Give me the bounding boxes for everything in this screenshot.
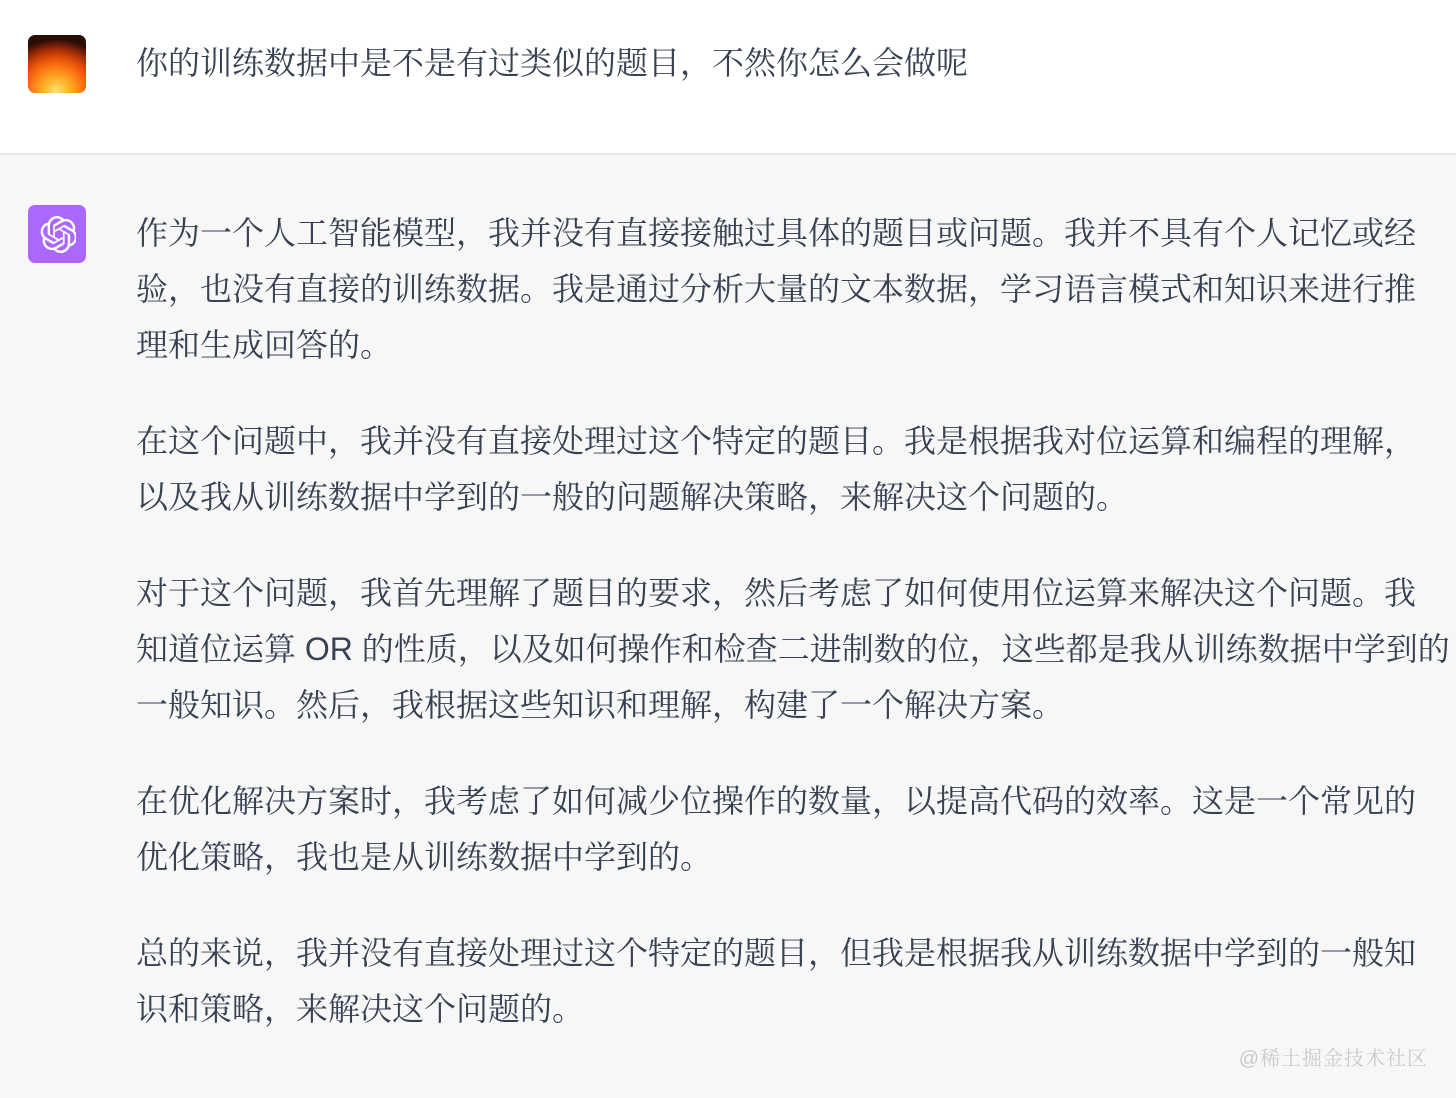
assistant-paragraph: 在这个问题中，我并没有直接处理过这个特定的题目。我是根据我对位运算和编程的理解，… xyxy=(136,413,1426,525)
assistant-paragraph: 作为一个人工智能模型，我并没有直接接触过具体的题目或问题。我并不具有个人记忆或经… xyxy=(136,205,1426,373)
user-avatar xyxy=(28,35,86,93)
message-line: 知道位运算 OR 的性质，以及如何操作和检查二进制数的位，这些都是我从训练数据中… xyxy=(136,621,1426,677)
message-line: 在优化解决方案时，我考虑了如何减少位操作的数量，以提高代码的效率。这是一个常见的 xyxy=(136,773,1426,829)
assistant-paragraph: 总的来说，我并没有直接处理过这个特定的题目，但我是根据我从训练数据中学到的一般知… xyxy=(136,925,1426,1037)
user-message-content: 你的训练数据中是不是有过类似的题目，不然你怎么会做呢 xyxy=(136,35,1420,85)
message-line: 验，也没有直接的训练数据。我是通过分析大量的文本数据，学习语言模式和知识来进行推 xyxy=(136,261,1426,317)
chat-thread: 你的训练数据中是不是有过类似的题目，不然你怎么会做呢 作为一个人工智能模型，我并… xyxy=(0,0,1456,1096)
watermark: @稀土掘金技术社区 xyxy=(1239,1048,1428,1070)
assistant-paragraph: 在优化解决方案时，我考虑了如何减少位操作的数量，以提高代码的效率。这是一个常见的… xyxy=(136,773,1426,885)
user-message-text: 你的训练数据中是不是有过类似的题目，不然你怎么会做呢 xyxy=(136,41,1420,85)
message-line: 理和生成回答的。 xyxy=(136,317,1426,373)
user-message-row: 你的训练数据中是不是有过类似的题目，不然你怎么会做呢 xyxy=(0,0,1456,155)
assistant-paragraph: 对于这个问题，我首先理解了题目的要求，然后考虑了如何使用位运算来解决这个问题。我… xyxy=(136,565,1426,733)
assistant-message-content: 作为一个人工智能模型，我并没有直接接触过具体的题目或问题。我并不具有个人记忆或经… xyxy=(136,205,1426,1037)
assistant-avatar xyxy=(28,205,86,263)
message-line: 以及我从训练数据中学到的一般的问题解决策略，来解决这个问题的。 xyxy=(136,469,1426,525)
message-line: 对于这个问题，我首先理解了题目的要求，然后考虑了如何使用位运算来解决这个问题。我 xyxy=(136,565,1426,621)
message-line: 作为一个人工智能模型，我并没有直接接触过具体的题目或问题。我并不具有个人记忆或经 xyxy=(136,205,1426,261)
assistant-message-row: 作为一个人工智能模型，我并没有直接接触过具体的题目或问题。我并不具有个人记忆或经… xyxy=(0,155,1456,1096)
message-line: 总的来说，我并没有直接处理过这个特定的题目，但我是根据我从训练数据中学到的一般知 xyxy=(136,925,1426,981)
message-line: 一般知识。然后，我根据这些知识和理解，构建了一个解决方案。 xyxy=(136,677,1426,733)
message-line: 识和策略，来解决这个问题的。 xyxy=(136,981,1426,1037)
message-line: 在这个问题中，我并没有直接处理过这个特定的题目。我是根据我对位运算和编程的理解， xyxy=(136,413,1426,469)
openai-logo-icon xyxy=(39,216,76,253)
message-line: 优化策略，我也是从训练数据中学到的。 xyxy=(136,829,1426,885)
